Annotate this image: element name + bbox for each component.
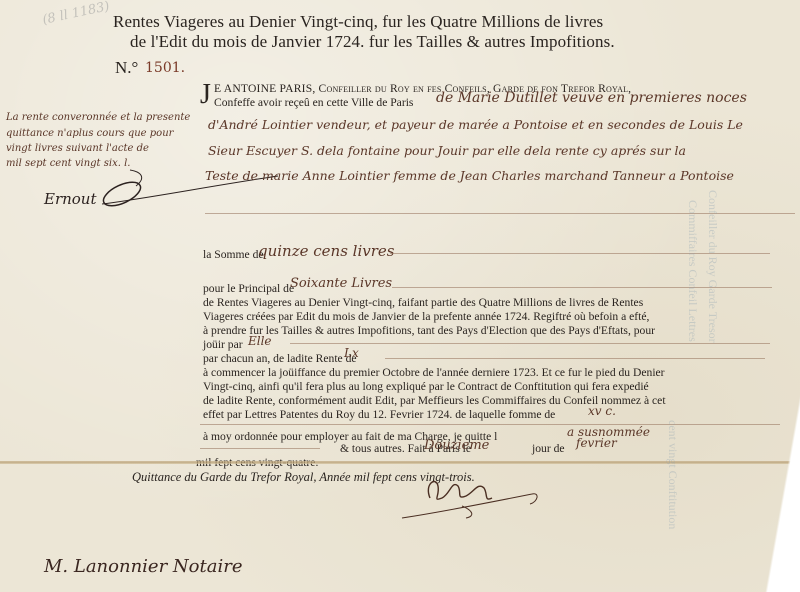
jouir-label: joüir par [203, 338, 243, 351]
date-month: fevrier [576, 436, 617, 450]
jouir-value: Elle [248, 334, 272, 348]
sum-value: quinze cens livres [258, 242, 395, 260]
bleed-through-text: cent vingt Conftitution [665, 420, 680, 529]
terms-last-line: effet par Lettres Patentes du Roy du 12.… [203, 408, 555, 421]
margin-note-line: La rente converonnée et la presente [6, 112, 190, 123]
rule [290, 343, 770, 344]
bleed-through-text: Confeiller du Roy Garde Tresor [705, 190, 720, 343]
depositor-line-2: d'André Lointier vendeur, et payeur de m… [208, 117, 743, 132]
date-printed-mid: jour de [532, 442, 565, 455]
rente-value: Lx [344, 346, 359, 360]
principal-text: Viageres créées par Edit du mois de Janv… [203, 310, 649, 323]
header-line-1: Rentes Viageres au Denier Vingt-cinq, fu… [113, 12, 603, 32]
terms-amount: xv c. [588, 404, 616, 418]
bleed-through-text: Commiffaires Confeil Lettres [685, 200, 700, 342]
depositor-line-3: Sieur Escuyer S. dela fontaine pour Joui… [208, 143, 686, 158]
margin-note-line: quittance n'aplus cours que pour [6, 128, 173, 139]
margin-signature: Ernout [44, 190, 97, 208]
address-line: M. Lanonnier Notaire [44, 556, 242, 577]
margin-note-line: vingt livres suivant l'acte de [6, 143, 149, 154]
principal-label: pour le Principal de [203, 282, 294, 295]
date-day: Douzieme [424, 438, 489, 453]
depositor-name: de Marie Dutillet veuve en premieres noc… [436, 90, 747, 106]
terms-line: Vingt-cinq, ainfi qu'il fera plus au lon… [203, 380, 649, 393]
depositor-line-4: Teste de marie Anne Lointier femme de Je… [205, 168, 734, 183]
paper-fold [0, 461, 800, 464]
dropcap: J [200, 84, 211, 106]
paper-edge [760, 380, 800, 592]
rule [385, 358, 765, 359]
principal-text: de Rentes Viageres au Denier Vingt-cinq,… [203, 296, 643, 309]
rente-label: par chacun an, de ladite Rente de [203, 352, 357, 365]
terms-line: à commencer la joüiffance du premier Oct… [203, 366, 665, 379]
rule [200, 448, 320, 449]
receipt-number-value: 1501. [145, 60, 185, 76]
sum-label: la Somme de [203, 248, 264, 261]
pencil-mark: (8 ll 1183) [41, 0, 111, 28]
treasurer-signature-icon [392, 472, 542, 522]
principal-value: Soixante Livres [290, 276, 392, 291]
header-line-2: de l'Edit du mois de Janvier 1724. fur l… [130, 32, 615, 52]
rule [200, 424, 780, 425]
document-page: (8 ll 1183) Rentes Viageres au Denier Vi… [0, 0, 800, 592]
receipt-number-label: N.° [115, 58, 138, 78]
intro-line-2: Confeffe avoir reçeû en cette Ville de P… [214, 96, 413, 109]
